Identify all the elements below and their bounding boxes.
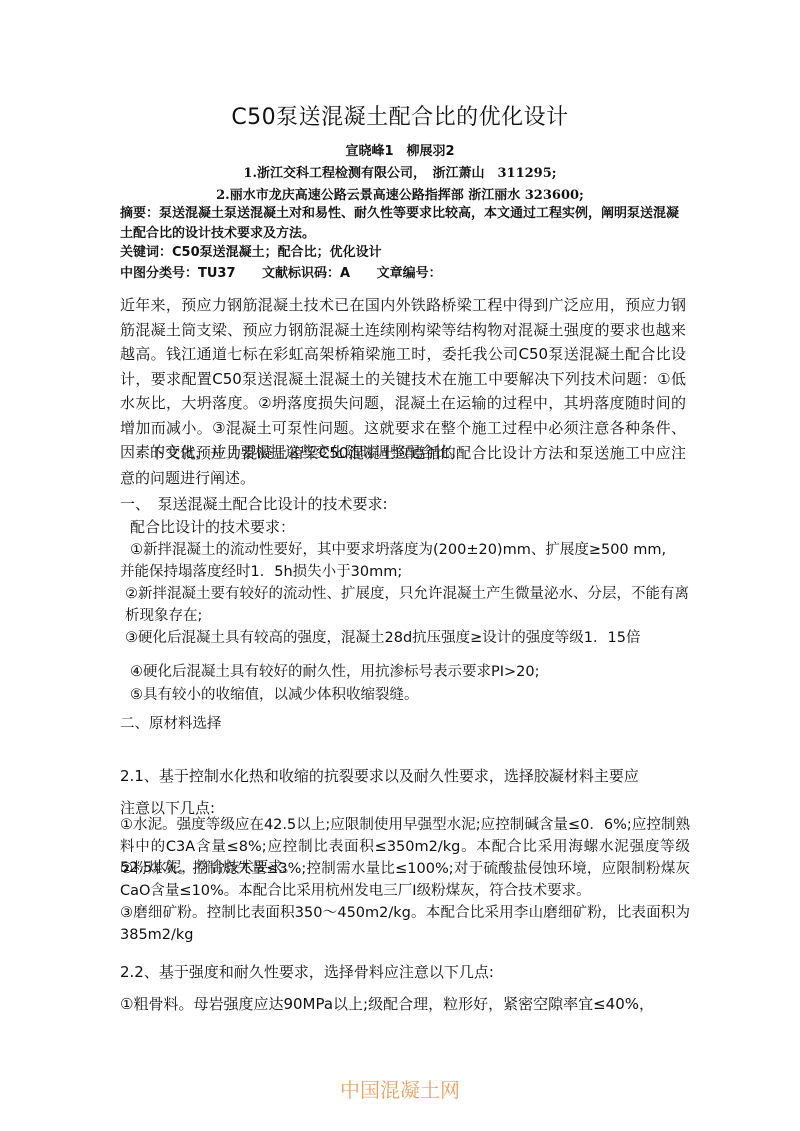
- intro-paragraph: 近年来，预应力钢筋混凝土技术已在国内外铁路桥梁工程中得到广泛应用，预应力钢筋混凝…: [120, 293, 686, 465]
- second-paragraph: 下文就预应力混凝土箱梁C50混凝土应遵循的配合比设计方法和泵送施工中应注意的问题…: [120, 441, 686, 490]
- paper-authors: 宣晓峰1 柳展羽2: [0, 140, 800, 159]
- classification-line: 中图分类号：TU37 文献标识码：A 文章编号：: [120, 264, 690, 284]
- requirement-1-line-1: ①新拌混凝土的流动性要好，其中要求坍落度为(200±20)mm、扩展度≥500 …: [130, 539, 700, 561]
- requirement-4: ④硬化后混凝土具有较好的耐久性，用抗渗标号表示要求PI>20;: [120, 661, 700, 683]
- section-2-2: 2.2、基于强度和耐久性要求，选择骨料应注意以下几点:: [120, 961, 690, 982]
- section-2-1-line-1: 2.1、基于控制水化热和收缩的抗裂要求以及耐久性要求，选择胶凝材料主要应: [120, 760, 690, 792]
- section-2-heading: 二、原材料选择: [120, 712, 222, 733]
- aggregate-coarse: ①粗骨料。母岩强度应达90MPa以上;级配合理，粒形好，紧密空隙率宜≤40%，: [120, 993, 690, 1014]
- requirement-2: ②新拌混凝土要有较好的流动性、扩展度，只允许混凝土产生微量泌水、分层，不能有离析…: [120, 583, 695, 627]
- requirement-3: ③硬化后混凝土具有较高的强度，混凝土28d抗压强度≥设计的强度等级1．15倍: [120, 627, 695, 649]
- article-number: 文章编号：: [377, 266, 442, 281]
- keywords: 关键词：C50泵送混凝土；配合比；优化设计: [120, 243, 690, 263]
- abstract: 摘要：泵送混凝土泵送混凝土对和易性、耐久性等要求比较高，本文通过工程实例，阐明泵…: [120, 204, 690, 244]
- paper-title: C50泵送混凝土配合比的优化设计: [0, 100, 800, 131]
- section-1-subheading: 配合比设计的技术要求：: [120, 515, 696, 540]
- affiliation-1: 1.浙江交科工程检测有限公司， 浙江萧山 311295;: [0, 162, 800, 181]
- requirement-1: ①新拌混凝土的流动性要好，其中要求坍落度为(200±20)mm、扩展度≥500 …: [120, 539, 700, 583]
- section-1-heading: 一、 泵送混凝土配合比设计的技术要求:: [120, 492, 686, 517]
- watermark-text: 中国混凝土网: [0, 1074, 800, 1103]
- clc-number: 中图分类号：TU37: [120, 266, 236, 281]
- requirement-5: ⑤具有较小的收缩值，以减少体积收缩裂缝。: [120, 684, 700, 706]
- material-slag-powder: ③磨细矿粉。控制比表面积350～450m2/kg。本配合比采用李山磨细矿粉，比表…: [120, 903, 690, 946]
- requirement-1-line-2: 并能保持塌落度经时1．5h损失小于30mm;: [120, 561, 700, 583]
- document-page: C50泵送混凝土配合比的优化设计 宣晓峰1 柳展羽2 1.浙江交科工程检测有限公…: [0, 0, 800, 1131]
- affiliation-2: 2.丽水市龙庆高速公路云景高速公路指挥部 浙江丽水 323600;: [0, 184, 800, 203]
- material-fly-ash: ②粉煤灰。控制烧失量≤3%;控制需水量比≤100%;对于硫酸盐侵蚀环境，应限制粉…: [120, 859, 690, 902]
- document-code: 文献标识码：A: [262, 266, 350, 281]
